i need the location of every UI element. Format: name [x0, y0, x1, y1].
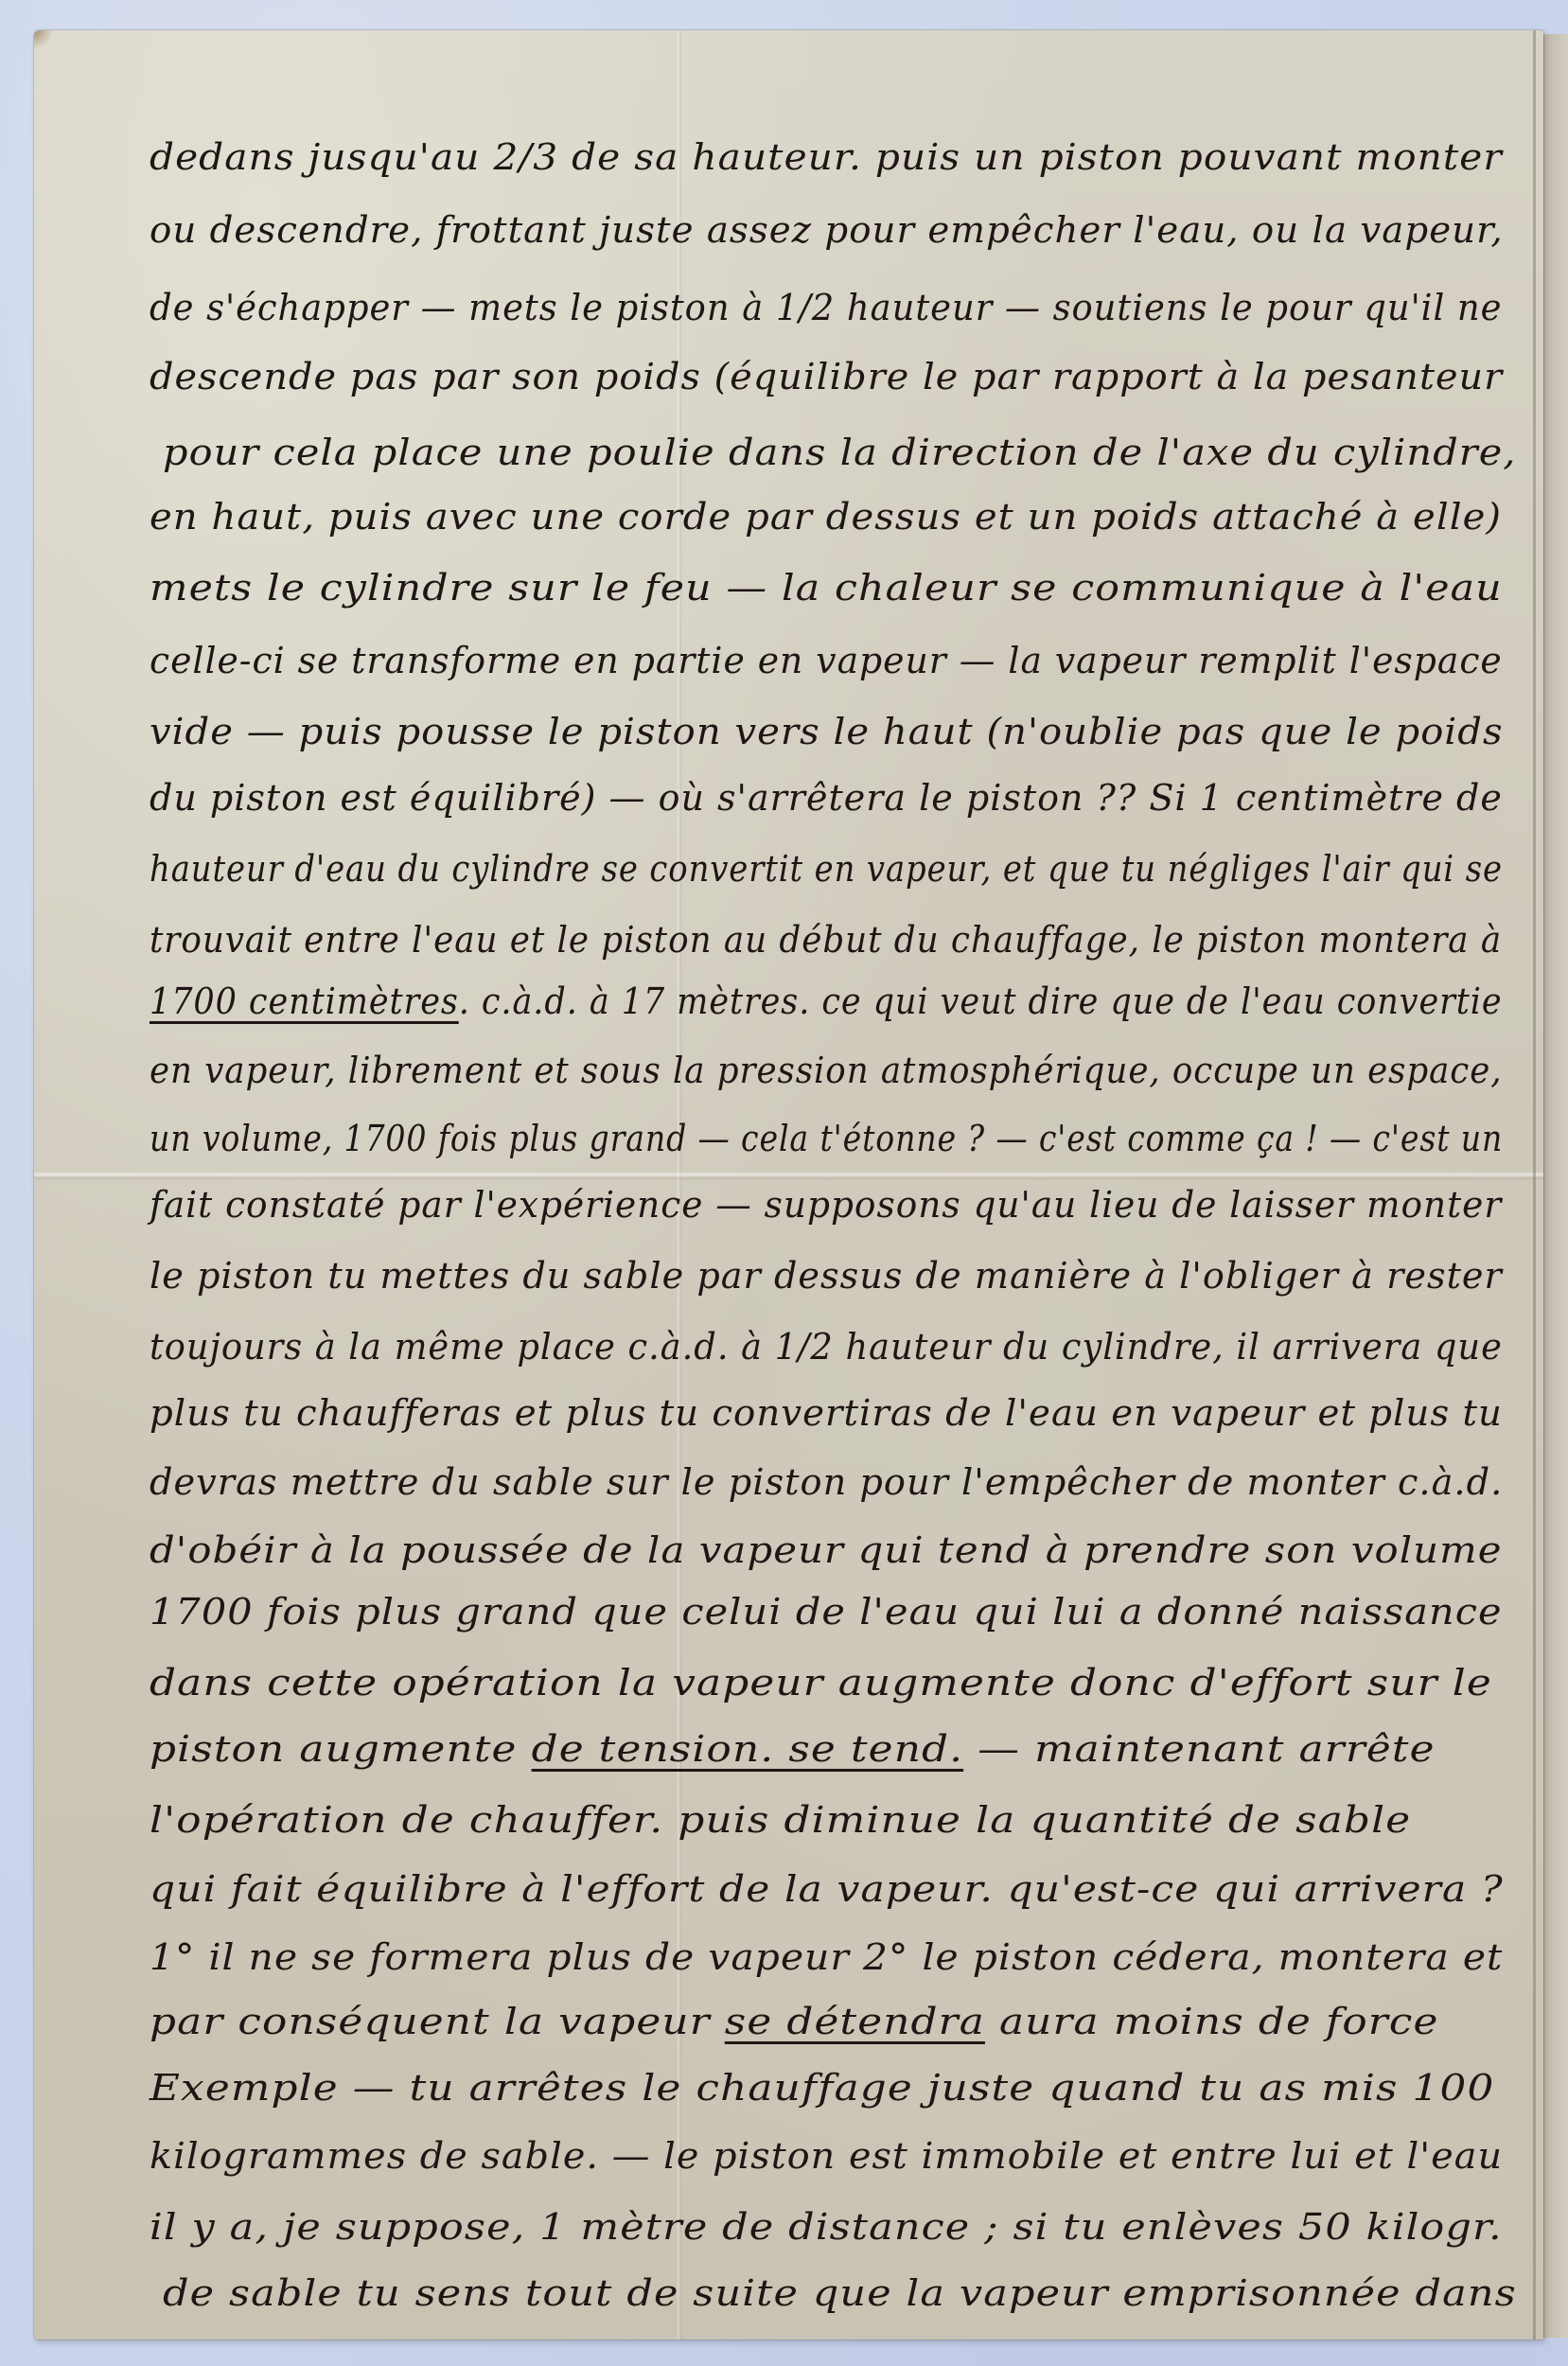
handwritten-line: en vapeur, librement et sous la pression…: [150, 1050, 1503, 1091]
handwritten-line: descende pas par son poids (équilibre le…: [150, 356, 1503, 397]
handwritten-line: 1700 fois plus grand que celui de l'eau …: [150, 1591, 1503, 1633]
handwritten-line: vide — puis pousse le piston vers le hau…: [150, 711, 1504, 752]
handwritten-line: pour cela place une poulie dans la direc…: [163, 432, 1517, 473]
handwritten-line: plus tu chaufferas et plus tu convertira…: [150, 1392, 1503, 1434]
handwritten-line: Exemple — tu arrêtes le chauffage juste …: [150, 2067, 1494, 2109]
handwritten-line: piston augmente de tension. se tend. — m…: [150, 1728, 1436, 1770]
handwritten-line: le piston tu mettes du sable par dessus …: [150, 1255, 1503, 1297]
handwritten-line: trouvait entre l'eau et le piston au déb…: [150, 919, 1502, 961]
handwritten-line: du piston est équilibré) — où s'arrêtera…: [150, 777, 1503, 819]
handwritten-line: qui fait équilibre à l'effort de la vape…: [150, 1868, 1504, 1910]
handwritten-line: en haut, puis avec une corde par dessus …: [150, 496, 1502, 538]
handwritten-line: dans cette opération la vapeur augmente …: [150, 1662, 1492, 1704]
handwritten-line: fait constaté par l'expérience — supposo…: [150, 1184, 1502, 1226]
handwritten-line: 1° il ne se formera plus de vapeur 2° le…: [150, 1936, 1503, 1978]
handwritten-line: de sable tu sens tout de suite que la va…: [163, 2272, 1517, 2314]
handwritten-line: dedans jusqu'au 2/3 de sa hauteur. puis …: [150, 136, 1503, 178]
handwritten-line: mets le cylindre sur le feu — la chaleur…: [150, 567, 1503, 609]
handwritten-line: 1700 centimètres. c.à.d. à 17 mètres. ce…: [150, 980, 1503, 1022]
handwritten-line: il y a, je suppose, 1 mètre de distance …: [150, 2206, 1503, 2248]
handwritten-line: toujours à la même place c.à.d. à 1/2 ha…: [150, 1326, 1503, 1368]
handwritten-line: hauteur d'eau du cylindre se convertit e…: [150, 848, 1503, 890]
handwritten-line: de s'échapper — mets le piston à 1/2 hau…: [150, 287, 1502, 328]
handwritten-line: ou descendre, frottant juste assez pour …: [150, 209, 1504, 251]
handwritten-text: dedans jusqu'au 2/3 de sa hauteur. puis …: [0, 0, 1568, 2366]
handwritten-line: par conséquent la vapeur se détendra aur…: [150, 2001, 1438, 2042]
handwritten-line: devras mettre du sable sur le piston pou…: [150, 1461, 1503, 1503]
handwritten-line: celle-ci se transforme en partie en vape…: [150, 640, 1503, 681]
handwritten-line: l'opération de chauffer. puis diminue la…: [150, 1799, 1411, 1841]
underlined-phrase: de tension. se tend.: [532, 1728, 964, 1770]
underlined-phrase: 1700 centimètres: [150, 980, 459, 1022]
underlined-phrase: se détendra: [725, 2001, 985, 2042]
handwritten-line: kilogrammes de sable. — le piston est im…: [150, 2135, 1503, 2177]
handwritten-line: d'obéir à la poussée de la vapeur qui te…: [150, 1529, 1503, 1571]
handwritten-line: un volume, 1700 fois plus grand — cela t…: [150, 1118, 1503, 1159]
